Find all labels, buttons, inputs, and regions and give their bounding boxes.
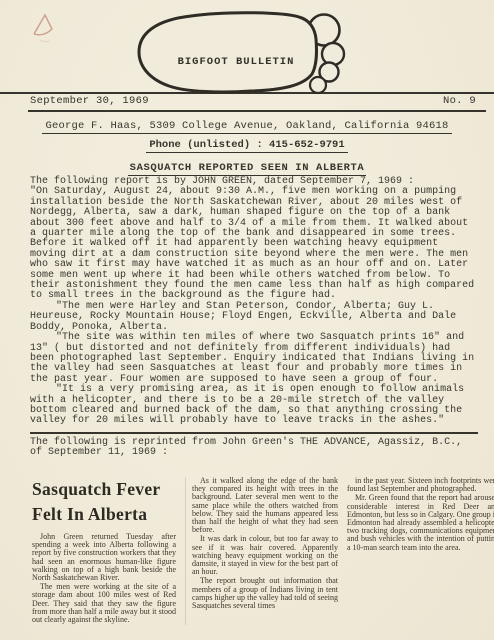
newsletter-page: BIGFOOT BULLETIN September 30, 1969 No. … — [0, 0, 494, 640]
section-divider — [30, 432, 478, 434]
clipping-headline: Sasquatch Fever Felt In Alberta — [32, 477, 176, 527]
report-paragraph: "The site was within ten miles of where … — [30, 333, 478, 385]
footprint-icon: BIGFOOT BULLETIN — [131, 8, 355, 96]
clipping-headline-line2: Felt In Alberta — [32, 502, 176, 527]
report-paragraph: "The men were Harley and Stan Peterson, … — [30, 302, 478, 333]
clipping-paragraph: It was dark in colour, but too far away … — [192, 535, 338, 576]
clipping-headline-line1: Sasquatch Fever — [32, 477, 176, 502]
clipping-paragraph: in the past year. Sixteen inch footprint… — [347, 477, 494, 493]
report-body: The following report is by JOHN GREEN, d… — [30, 177, 478, 459]
publisher-address: George F. Haas, 5309 College Avenue, Oak… — [42, 120, 451, 134]
clipping-paragraph: Mr. Green found that the report had arou… — [347, 494, 494, 551]
bulletin-title: BIGFOOT BULLETIN — [161, 56, 311, 68]
masthead-date-row: September 30, 1969 No. 9 — [30, 95, 476, 107]
report-paragraph: "On Saturday, August 24, about 9:30 A.M.… — [30, 187, 478, 301]
clipping-column-1: Sasquatch Fever Felt In Alberta John Gre… — [32, 477, 176, 625]
clipping-paragraph: The men were working at the site of a st… — [32, 583, 176, 624]
red-pencil-mark-icon — [26, 10, 70, 46]
masthead-rule-bottom — [28, 110, 486, 112]
clipping-paragraph: The report brought out information that … — [192, 577, 338, 610]
reprint-note: The following is reprinted from John Gre… — [30, 438, 478, 459]
issue-date: September 30, 1969 — [30, 95, 149, 107]
report-paragraph: "It is a very promising area, as it is o… — [30, 385, 478, 427]
article-heading: SASQUATCH REPORTED SEEN IN ALBERTA — [128, 162, 367, 176]
publisher-phone: Phone (unlisted) : 415-652-9791 — [146, 139, 347, 153]
newspaper-clipping: Sasquatch Fever Felt In Alberta John Gre… — [32, 477, 488, 625]
clipping-paragraph: John Green returned Tuesday after spendi… — [32, 533, 176, 582]
clipping-column-2: As it walked along the edge of the bank … — [185, 477, 338, 625]
clipping-column-3: in the past year. Sixteen inch footprint… — [347, 477, 494, 625]
clipping-paragraph: As it walked along the edge of the bank … — [192, 477, 338, 534]
masthead-center: George F. Haas, 5309 College Avenue, Oak… — [0, 115, 494, 176]
issue-number: No. 9 — [443, 95, 476, 107]
